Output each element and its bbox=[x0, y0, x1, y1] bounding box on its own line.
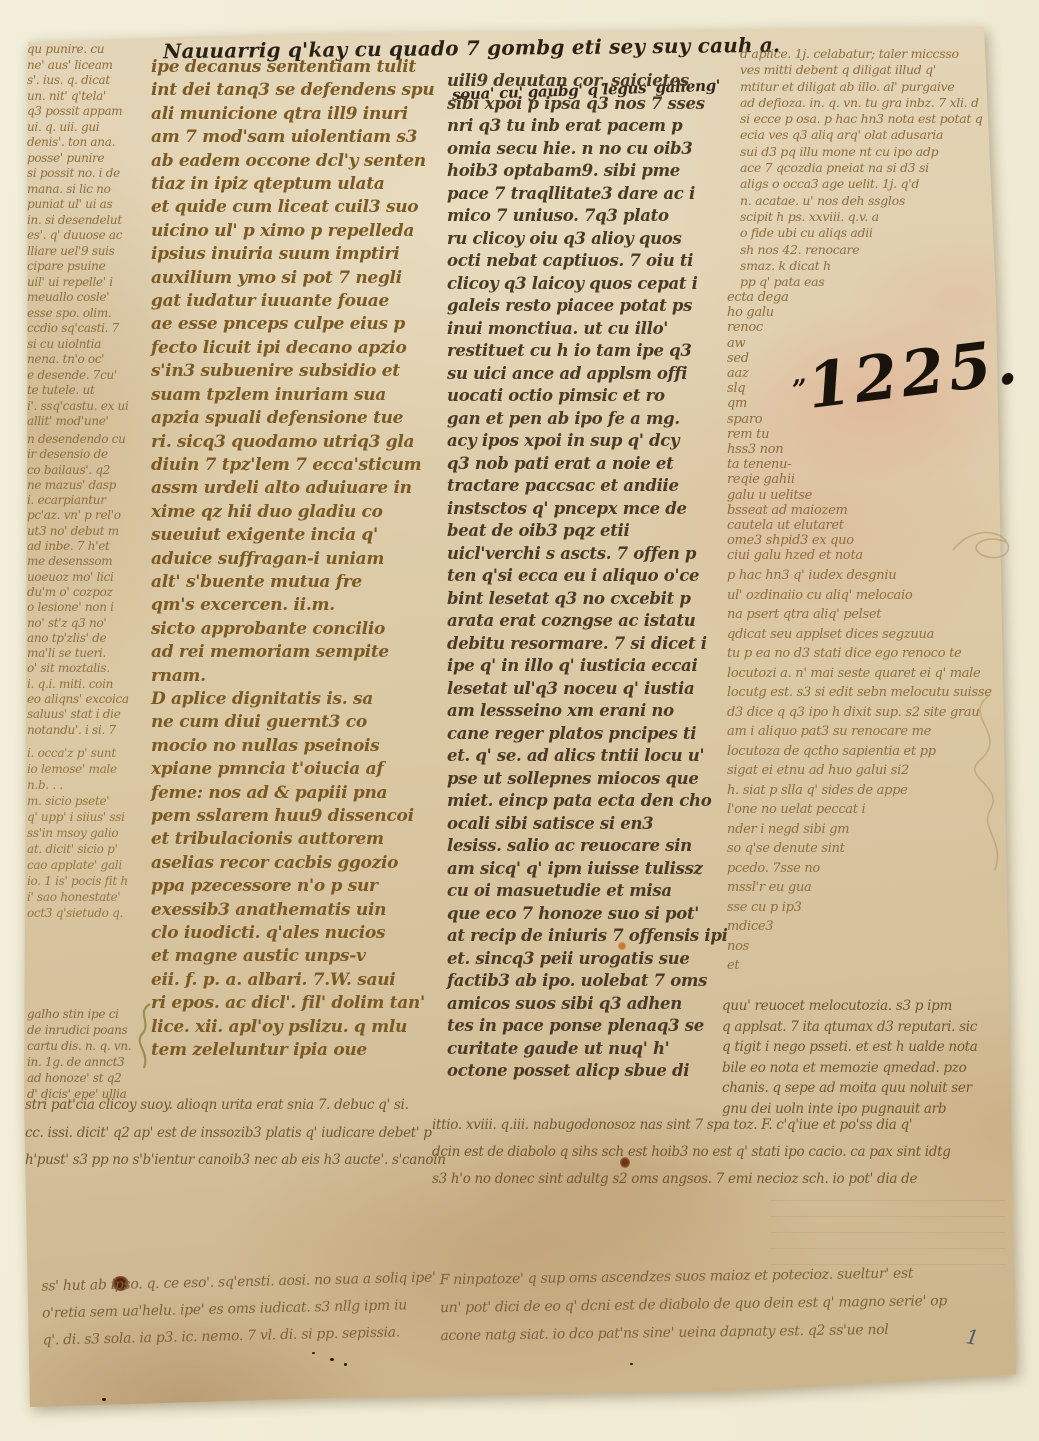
right-margin-gloss-top: d aplice. 1j. celabatur; taler miccsso v… bbox=[740, 46, 1006, 290]
main-text-column-right: uili9 deuutan cor. saicietes sibi xpoi p… bbox=[447, 70, 731, 1083]
dirt-speck bbox=[344, 1363, 347, 1366]
left-margin-gloss-lower: i. occa'z p' sunt io lemose' male n.b. .… bbox=[27, 745, 151, 921]
left-margin-gloss-middle: n desendendo cu ir desensio de co bailau… bbox=[27, 432, 151, 738]
dirt-speck bbox=[630, 1363, 633, 1365]
dirt-speck bbox=[102, 1398, 106, 1401]
dirt-speck bbox=[312, 1352, 315, 1354]
right-margin-gloss-middle: p hac hn3 q' iudex desgniu ul' ozdinaiio… bbox=[727, 566, 993, 976]
gloss-note-bottom-left: stri pat'cia clicoy suoy. alioqn urita e… bbox=[25, 1092, 450, 1175]
faint-ruling-lines bbox=[770, 1185, 1005, 1270]
main-text-column-left: ipe decanus sententiam tulit int dei tan… bbox=[151, 56, 443, 1062]
right-margin-gloss-bottom: quu' reuocet melocutozia. s3 p ipm q app… bbox=[722, 996, 1022, 1119]
dirt-speck bbox=[330, 1358, 334, 1361]
left-margin-gloss-upper: qu punire. cu ne' aus' liceam s'. ius. q… bbox=[27, 42, 151, 430]
gloss-note-bottom-right: ittio. xviii. q.iii. nabugodonosoz nas s… bbox=[432, 1112, 1036, 1193]
left-margin-gloss-bottom: galho stin ipe ci de inrudici poans cart… bbox=[27, 1006, 151, 1102]
footer-note-right: F ninpatoze' q sup oms ascendzes suos ma… bbox=[439, 1258, 1036, 1350]
